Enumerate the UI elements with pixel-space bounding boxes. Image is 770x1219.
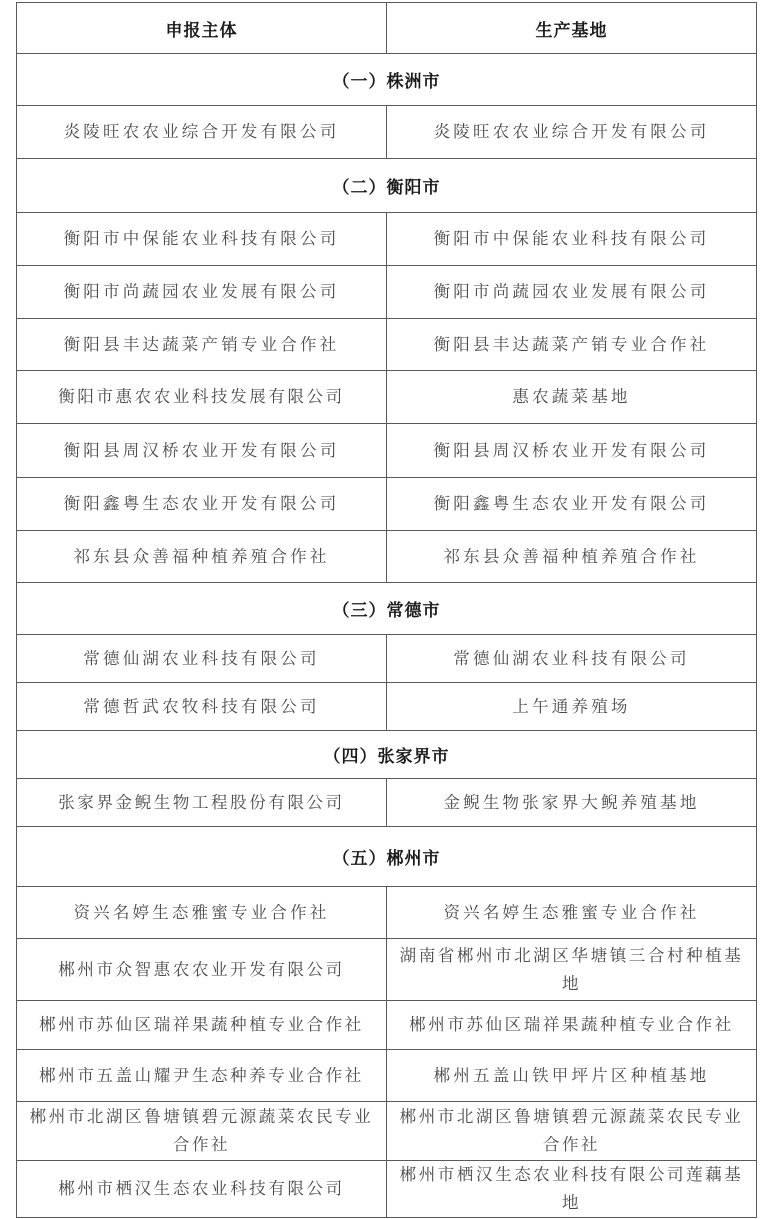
table-row: 常德仙湖农业科技有限公司 常德仙湖农业科技有限公司	[17, 635, 757, 683]
table-row: 衡阳县周汉桥农业开发有限公司 衡阳县周汉桥农业开发有限公司	[17, 424, 757, 478]
table-row: 衡阳鑫粤生态农业开发有限公司 衡阳鑫粤生态农业开发有限公司	[17, 478, 757, 531]
entity-cell: 衡阳鑫粤生态农业开发有限公司	[17, 478, 387, 531]
entity-cell: 炎陵旺农农业综合开发有限公司	[17, 106, 387, 159]
table-row: 郴州市栖汉生态农业科技有限公司 郴州市栖汉生态农业科技有限公司莲藕基地	[17, 1161, 757, 1218]
entity-cell: 郴州市苏仙区瑞祥果蔬种植专业合作社	[17, 1001, 387, 1050]
base-cell: 郴州五盖山铁甲坪片区种植基地	[387, 1050, 757, 1102]
section-row-changde: （三）常德市	[17, 583, 757, 635]
section-row-zhuzhou: （一）株洲市	[17, 54, 757, 106]
section-title: （二）衡阳市	[17, 159, 757, 213]
base-cell: 郴州市栖汉生态农业科技有限公司莲藕基地	[387, 1161, 757, 1218]
base-cell: 衡阳市中保能农业科技有限公司	[387, 213, 757, 266]
base-cell: 郴州市北湖区鲁塘镇碧元源蔬菜农民专业合作社	[387, 1102, 757, 1161]
entity-cell: 郴州市栖汉生态农业科技有限公司	[17, 1161, 387, 1218]
table-header-row: 申报主体 生产基地	[17, 3, 757, 54]
table-row: 衡阳县丰达蔬菜产销专业合作社 衡阳县丰达蔬菜产销专业合作社	[17, 319, 757, 371]
base-cell: 资兴名婷生态雅蜜专业合作社	[387, 887, 757, 939]
entity-cell: 常德仙湖农业科技有限公司	[17, 635, 387, 683]
section-title: （四）张家界市	[17, 731, 757, 779]
entity-cell: 衡阳市惠农农业科技发展有限公司	[17, 371, 387, 424]
base-cell: 衡阳鑫粤生态农业开发有限公司	[387, 478, 757, 531]
entity-cell: 郴州市北湖区鲁塘镇碧元源蔬菜农民专业合作社	[17, 1102, 387, 1161]
table-row: 衡阳市中保能农业科技有限公司 衡阳市中保能农业科技有限公司	[17, 213, 757, 266]
entity-cell: 郴州市众智惠农农业开发有限公司	[17, 939, 387, 1001]
column-header-entity: 申报主体	[17, 3, 387, 54]
section-row-hengyang: （二）衡阳市	[17, 159, 757, 213]
table-row: 衡阳市惠农农业科技发展有限公司 惠农蔬菜基地	[17, 371, 757, 424]
entity-cell: 衡阳县周汉桥农业开发有限公司	[17, 424, 387, 478]
section-title: （一）株洲市	[17, 54, 757, 106]
entity-cell: 衡阳市中保能农业科技有限公司	[17, 213, 387, 266]
section-row-zhangjiajie: （四）张家界市	[17, 731, 757, 779]
section-title: （五）郴州市	[17, 827, 757, 887]
base-cell: 湖南省郴州市北湖区华塘镇三合村种植基地	[387, 939, 757, 1001]
base-cell: 衡阳县丰达蔬菜产销专业合作社	[387, 319, 757, 371]
table-row: 郴州市北湖区鲁塘镇碧元源蔬菜农民专业合作社 郴州市北湖区鲁塘镇碧元源蔬菜农民专业…	[17, 1102, 757, 1161]
section-title: （三）常德市	[17, 583, 757, 635]
table-row: 张家界金鲵生物工程股份有限公司 金鲵生物张家界大鲵养殖基地	[17, 779, 757, 827]
table-row: 资兴名婷生态雅蜜专业合作社 资兴名婷生态雅蜜专业合作社	[17, 887, 757, 939]
base-cell: 惠农蔬菜基地	[387, 371, 757, 424]
base-cell: 金鲵生物张家界大鲵养殖基地	[387, 779, 757, 827]
entity-cell: 张家界金鲵生物工程股份有限公司	[17, 779, 387, 827]
entity-cell: 衡阳县丰达蔬菜产销专业合作社	[17, 319, 387, 371]
base-cell: 郴州市苏仙区瑞祥果蔬种植专业合作社	[387, 1001, 757, 1050]
entity-cell: 郴州市五盖山耀尹生态种养专业合作社	[17, 1050, 387, 1102]
table-row: 祁东县众善福种植养殖合作社 祁东县众善福种植养殖合作社	[17, 531, 757, 583]
table-row: 郴州市众智惠农农业开发有限公司 湖南省郴州市北湖区华塘镇三合村种植基地	[17, 939, 757, 1001]
table-row: 炎陵旺农农业综合开发有限公司 炎陵旺农农业综合开发有限公司	[17, 106, 757, 159]
entity-cell: 祁东县众善福种植养殖合作社	[17, 531, 387, 583]
enterprise-table: 申报主体 生产基地 （一）株洲市 炎陵旺农农业综合开发有限公司 炎陵旺农农业综合…	[16, 2, 757, 1218]
table-row: 衡阳市尚蔬园农业发展有限公司 衡阳市尚蔬园农业发展有限公司	[17, 266, 757, 319]
entity-cell: 常德哲武农牧科技有限公司	[17, 683, 387, 731]
entity-cell: 衡阳市尚蔬园农业发展有限公司	[17, 266, 387, 319]
table-row: 常德哲武农牧科技有限公司 上午通养殖场	[17, 683, 757, 731]
base-cell: 常德仙湖农业科技有限公司	[387, 635, 757, 683]
section-row-chenzhou: （五）郴州市	[17, 827, 757, 887]
base-cell: 衡阳县周汉桥农业开发有限公司	[387, 424, 757, 478]
column-header-base: 生产基地	[387, 3, 757, 54]
base-cell: 炎陵旺农农业综合开发有限公司	[387, 106, 757, 159]
table-row: 郴州市五盖山耀尹生态种养专业合作社 郴州五盖山铁甲坪片区种植基地	[17, 1050, 757, 1102]
base-cell: 上午通养殖场	[387, 683, 757, 731]
base-cell: 祁东县众善福种植养殖合作社	[387, 531, 757, 583]
base-cell: 衡阳市尚蔬园农业发展有限公司	[387, 266, 757, 319]
table-row: 郴州市苏仙区瑞祥果蔬种植专业合作社 郴州市苏仙区瑞祥果蔬种植专业合作社	[17, 1001, 757, 1050]
entity-cell: 资兴名婷生态雅蜜专业合作社	[17, 887, 387, 939]
enterprise-list-document: 申报主体 生产基地 （一）株洲市 炎陵旺农农业综合开发有限公司 炎陵旺农农业综合…	[16, 2, 756, 1218]
